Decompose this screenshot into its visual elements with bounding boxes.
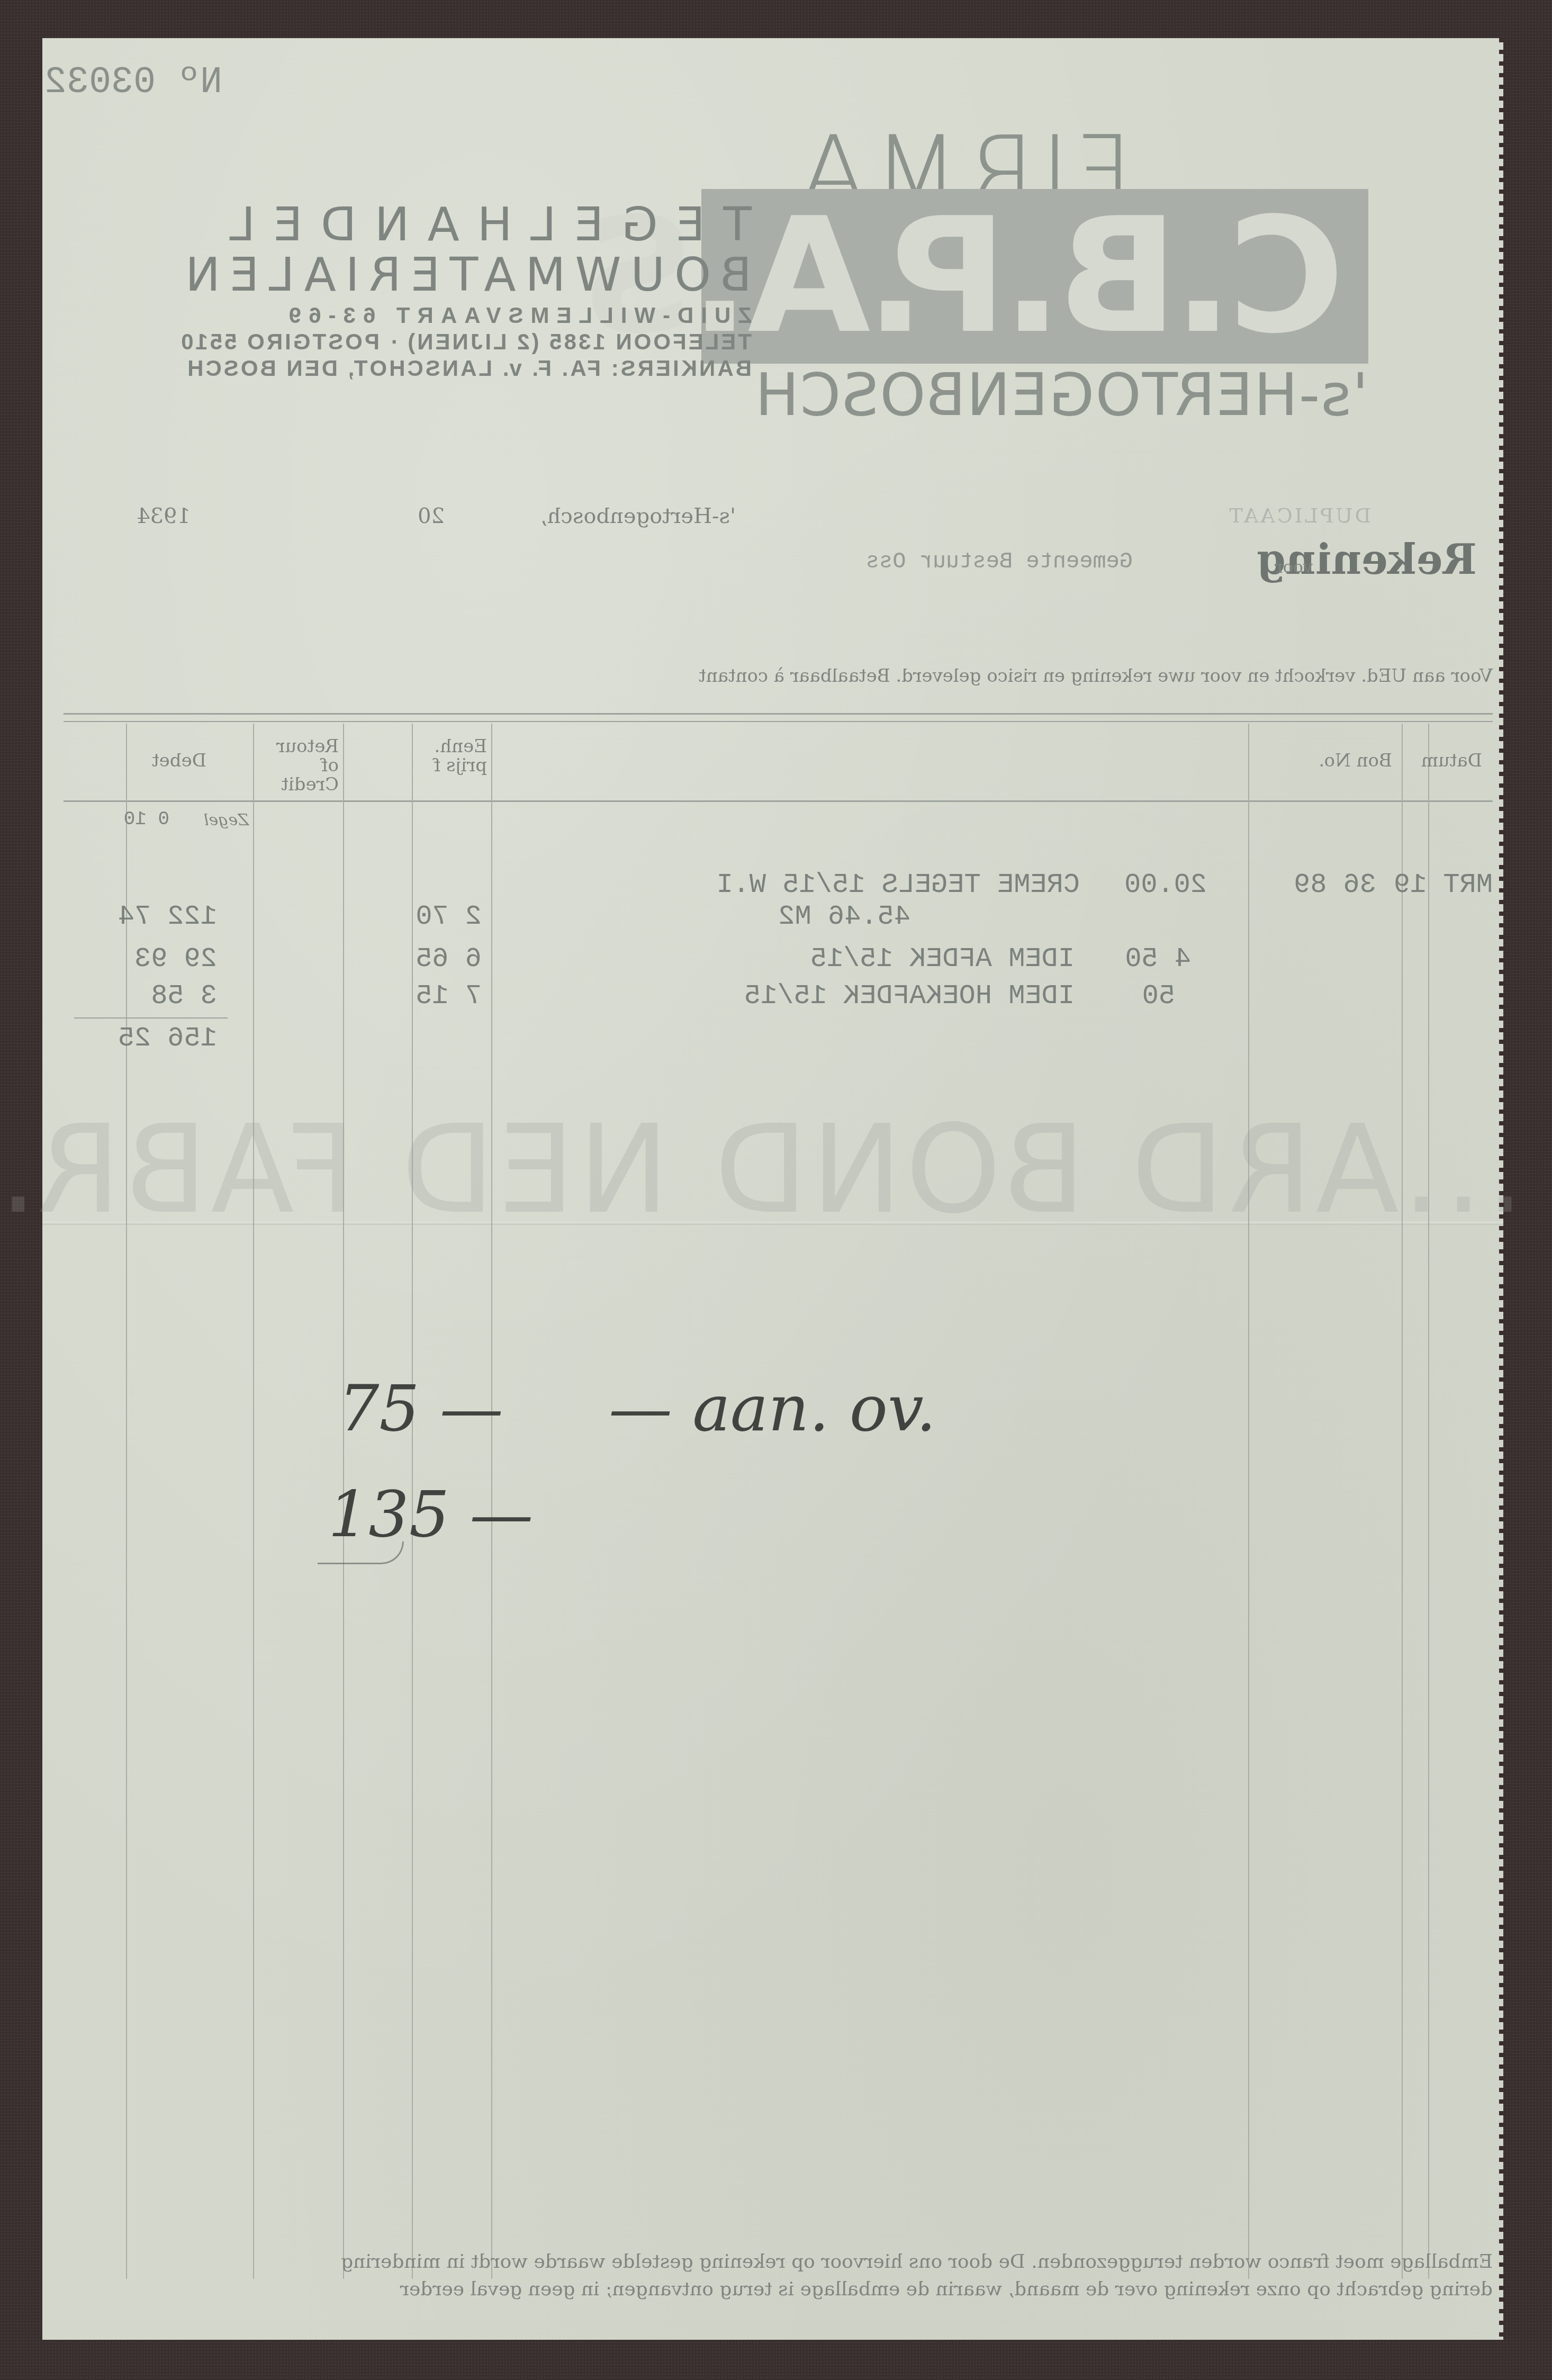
letterhead-bankers: BANKIERS: FA. F. v. LANSCHOT, DEN BOSCH xyxy=(185,356,752,381)
handwritten-amount-1: 75 — xyxy=(339,1372,503,1446)
col-divider xyxy=(253,724,254,2279)
client-name: Gemeente Bestuur Oss xyxy=(866,549,1133,574)
col-divider xyxy=(1248,724,1249,2279)
col-header-datum: Datum xyxy=(1421,750,1482,771)
table-top-border xyxy=(64,713,1493,715)
letterhead-phone: TELEFOON 1385 (2 LIJNEN) · POSTGIRO 5510 xyxy=(179,329,752,355)
letterhead-line1: TEGELHANDEL xyxy=(211,197,752,251)
col-header-bon: Bon No. xyxy=(1319,750,1392,771)
intro-text: Voor aan UEd. verkocht en voor uwe reken… xyxy=(699,665,1493,687)
handwritten-underline xyxy=(318,1541,404,1564)
letterhead-address: ZUID-WILLEMSVAART 63-69 xyxy=(282,303,752,328)
invoice-total: 156 25 xyxy=(118,1023,217,1054)
invoice-number: Nº 03032 xyxy=(44,62,222,104)
zegel-label: Zegel xyxy=(204,811,249,830)
table-top-border-2 xyxy=(64,721,1493,722)
invoice-paper: Nº 03032 FIRMA C.B.P.A.S 's-HERTOGENBOSC… xyxy=(42,38,1503,2340)
col-header-unit-price: Eenh. prijs f xyxy=(418,737,487,775)
table-header-bottom xyxy=(64,800,1493,802)
footer-line2: dering gebracht op onze rekening over de… xyxy=(400,2278,1493,2300)
zegel-value: 0 10 xyxy=(124,808,169,830)
number-value: 03032 xyxy=(44,62,156,104)
mirrored-print-layer: Nº 03032 FIRMA C.B.P.A.S 's-HERTOGENBOSC… xyxy=(42,38,1503,2340)
col-divider xyxy=(1428,724,1429,2279)
place-label: 's-Hertogenbosch, xyxy=(540,504,736,528)
date-day: 20 xyxy=(418,504,445,528)
col-header-debet: Debet xyxy=(152,750,206,771)
col-divider xyxy=(1402,724,1403,2279)
col-header-credit: Retour of Credit xyxy=(259,737,339,794)
number-label: Nº xyxy=(178,62,222,104)
handwritten-amount-2: 135 — xyxy=(328,1478,533,1552)
total-rule xyxy=(74,1017,228,1018)
duplicate-label: DUPLICAAT xyxy=(1227,504,1371,527)
logo-city: 's-HERTOGENBOSCH xyxy=(754,361,1368,429)
watermark: ...ARD BOND NED FABR... BO... xyxy=(0,1099,1524,1241)
footer-line1: Emballage moet franco worden teruggezond… xyxy=(341,2251,1493,2273)
col-divider xyxy=(126,724,127,2279)
voor-label: voor xyxy=(1275,557,1313,577)
year: 1934 xyxy=(137,504,191,528)
letterhead-line2: BOUWMATERIALEN xyxy=(176,247,752,302)
handwritten-note-1: — aan. ov. xyxy=(609,1372,936,1446)
perforated-edge xyxy=(1499,38,1504,2340)
